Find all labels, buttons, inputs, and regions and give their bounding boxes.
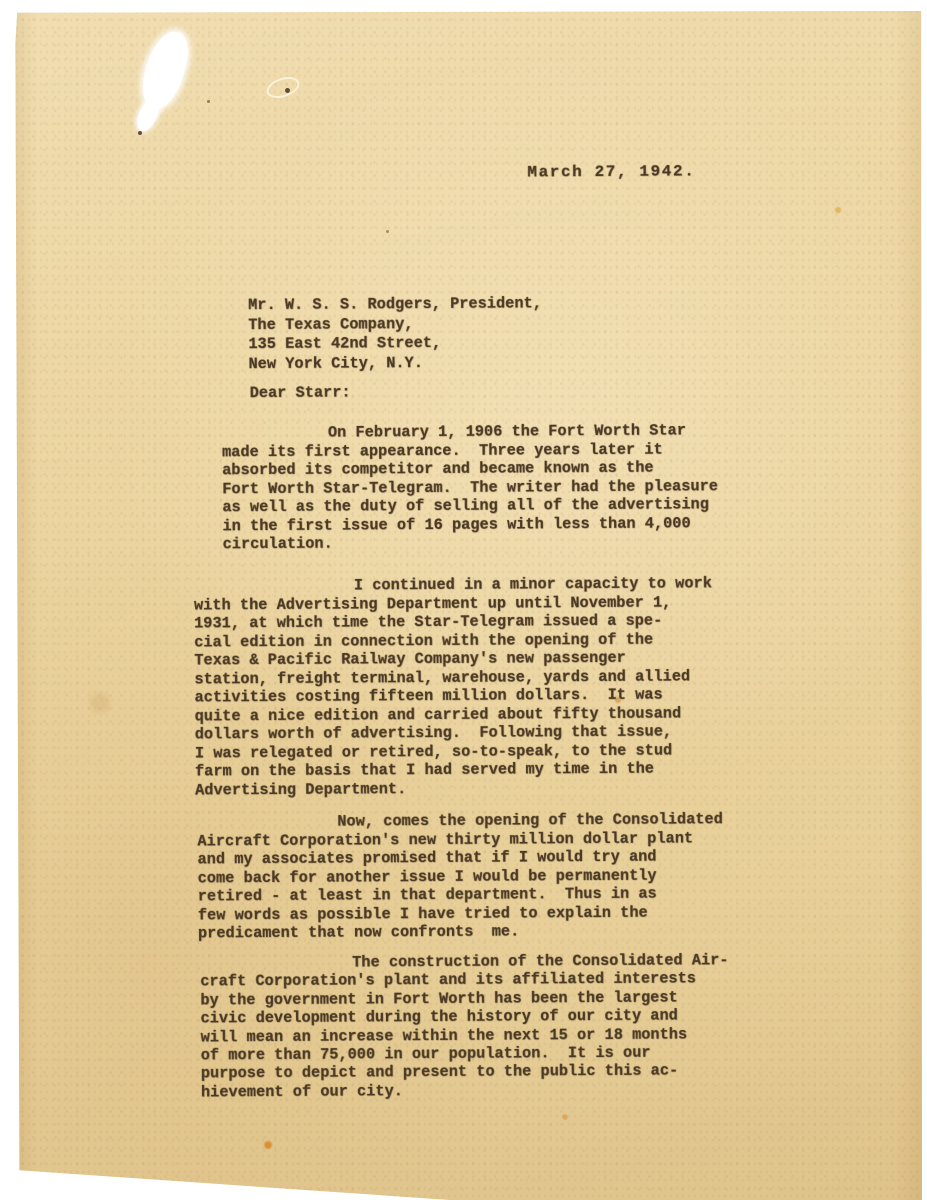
salutation: Dear Starr: [250,384,351,403]
recipient-address: Mr. W. S. S. Rodgers, President, The Tex… [248,294,542,374]
body-line: cial edition in connection with the open… [194,630,712,652]
address-line: The Texas Company, [248,314,542,335]
body-line: as well as the duty of selling all of th… [222,495,718,517]
address-line: Mr. W. S. S. Rodgers, President, [248,294,542,315]
body-line: activities costing fifteen million dolla… [194,685,712,707]
body-line: few words as possible I have tried to ex… [198,903,724,925]
body-line: retired - at least in that department. T… [198,884,724,906]
body-line: I continued in a minor capacity to work [194,574,712,596]
body-line: predicament that now confronts me. [198,921,724,943]
paragraph-4: The construction of the Consolidated Air… [200,951,729,1101]
letter-page: March 27, 1942. Mr. W. S. S. Rodgers, Pr… [14,8,922,1200]
paragraph-2: I continued in a minor capacity to work … [194,574,713,799]
address-line: New York City, N.Y. [248,353,542,374]
body-line: and my associates promised that if I wou… [197,847,723,869]
paragraph-1: On February 1, 1906 the Fort Worth Star … [222,421,718,554]
body-line: dollars worth of advertising. Following … [195,722,713,744]
scan-background: { "document": { "kind": "typewritten-let… [0,0,927,1200]
body-line: purpose to depict and present to the pub… [201,1062,729,1084]
paragraph-3: Now, comes the opening of the Consolidat… [197,810,723,943]
body-line: farm on the basis that I had served my t… [195,759,713,781]
body-line: circulation. [223,532,719,554]
body-line: in the first issue of 16 pages with less… [222,514,718,536]
body-line: 1931, at which time the Star-Telegram is… [194,611,712,633]
letter-date: March 27, 1942. [527,162,695,182]
body-line: Now, comes the opening of the Consolidat… [197,810,723,832]
address-line: 135 East 42nd Street, [248,333,542,354]
body-line: absorbed its competitor and became known… [222,458,718,480]
body-line: On February 1, 1906 the Fort Worth Star [222,421,718,443]
date-text: March 27, 1942. [527,162,695,181]
typed-text-layer: March 27, 1942. Mr. W. S. S. Rodgers, Pr… [10,5,925,1200]
body-line: hievement of our city. [201,1080,729,1102]
body-line: Advertising Department. [195,778,713,800]
salutation-text: Dear Starr: [250,384,351,403]
